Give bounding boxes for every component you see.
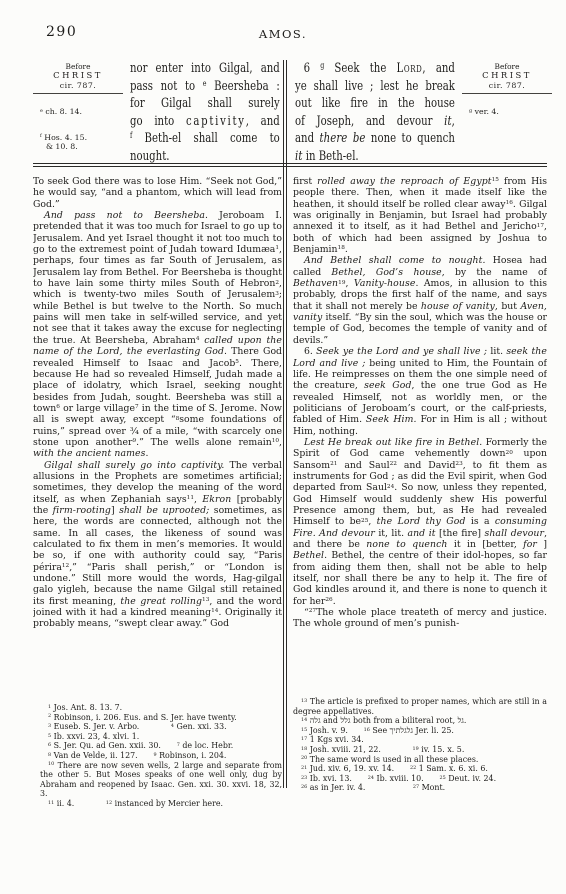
footnote: 18 Josh. xviii. 21, 22.19 iv. 15. x. 5. [293,745,547,755]
verse-text-left: nor enter into Gilgal, andpass not to e … [130,60,280,165]
verse-line: nought. [130,148,280,166]
footnote: 6 S. Jer. Qu. ad Gen. xxii. 30.7 de loc.… [40,741,282,751]
commentary-paragraph: And pass not to Beersheba. Jeroboam I. p… [33,210,282,460]
footnote: 20 The same word is used in all these pl… [293,755,547,765]
footnote: 23 Ib. xvi. 13.24 Ib. xviii. 10.25 Deut.… [293,774,547,784]
commentary-right-column: first rolled away the reproach of Egypt1… [293,176,547,630]
margin-notes-left: Before CHRIST cir. 787. e ch. 8. 14. f H… [33,60,128,151]
footnote: 14 גלה‎ and גלל‎ both from a biliteral r… [293,716,547,726]
book-page: 290 AMOS. Before CHRIST cir. 787. e ch. … [0,0,566,894]
footnote: 10 There are now seven wells, 2 large an… [40,761,282,799]
before-christ-heading: Before CHRIST cir. 787. [33,62,123,94]
footnotes-left: 1 Jos. Ant. 8. 13. 7.2 Robinson, i. 206.… [40,703,282,809]
verse-line: out like fire in the house [295,95,455,113]
footnote: 11 ii. 4.12 instanced by Mercier here. [40,799,282,809]
verse-line: pass not to e Beersheba : [130,78,280,96]
commentary-paragraph: Gilgal shall surely go into captivity. T… [33,460,282,630]
footnote: 2 Robinson, i. 206. Eus. and S. Jer. hav… [40,713,282,723]
margin-ref: e ch. 8. 14. [33,107,128,116]
footnote: 26 as in Jer. iv. 4.27 Mont. [293,783,547,793]
verse-line: 6 g Seek the Lord, and [295,60,455,78]
verse-line: it in Beth-el. [295,148,455,166]
footnote: 13 The article is prefixed to proper nam… [293,697,547,716]
commentary-paragraph: first rolled away the reproach of Egypt1… [293,176,547,255]
margin-notes-right: Before CHRIST cir. 787. g ver. 4. [462,60,550,117]
verse-line: for Gilgal shall surely [130,95,280,113]
footnote: 15 Josh. v. 9.16 See גלגלתיך‎ Jer. li. 2… [293,726,547,736]
verse-line: and there be none to quench [295,130,455,148]
commentary-paragraph: And Bethel shall come to nought. Hosea h… [293,255,547,346]
commentary-paragraph: “27The whole place treateth of mercy and… [293,607,547,630]
verse-line: ye shall live ; lest he break [295,78,455,96]
footnote: 21 Jud. xiv. 6, 19. xv. 14.22 1 Sam. x. … [293,764,547,774]
column-divider-rule [283,60,287,788]
commentary-paragraph: 6. Seek ye the Lord and ye shall live ; … [293,346,547,437]
footnote: 5 Ib. xxvi. 23, 4. xlvi. 1. [40,732,282,742]
verse-line: of Joseph, and devour it, [295,113,455,131]
book-title: AMOS. [0,27,566,41]
footnote: 8 Van de Velde, ii. 127.9 Robinson, i. 2… [40,751,282,761]
footnotes-right: 13 The article is prefixed to proper nam… [293,697,547,793]
verse-text-right: 6 g Seek the Lord, andye shall live ; le… [295,60,455,165]
scripture-section: Before CHRIST cir. 787. e ch. 8. 14. f H… [33,60,547,165]
verse-line: nor enter into Gilgal, and [130,60,280,78]
verse-line: f Beth-el shall come to [130,130,280,148]
margin-ref: g ver. 4. [462,107,550,116]
commentary-paragraph: To seek God there was to lose Him. “Seek… [33,176,282,210]
before-christ-heading: Before CHRIST cir. 787. [462,62,552,94]
footnote: 1 Jos. Ant. 8. 13. 7. [40,703,282,713]
commentary-left-column: To seek God there was to lose Him. “Seek… [33,176,282,630]
commentary-paragraph: Lest He break out like fire in Bethel. F… [293,437,547,607]
footnote: 3 Euseb. S. Jer. v. Arbo.4 Gen. xxi. 33. [40,722,282,732]
margin-ref: f Hos. 4. 15. & 10. 8. [33,133,128,152]
verse-line: go into captivity, and [130,113,280,131]
footnote: 17 1 Kgs xvi. 34. [293,735,547,745]
